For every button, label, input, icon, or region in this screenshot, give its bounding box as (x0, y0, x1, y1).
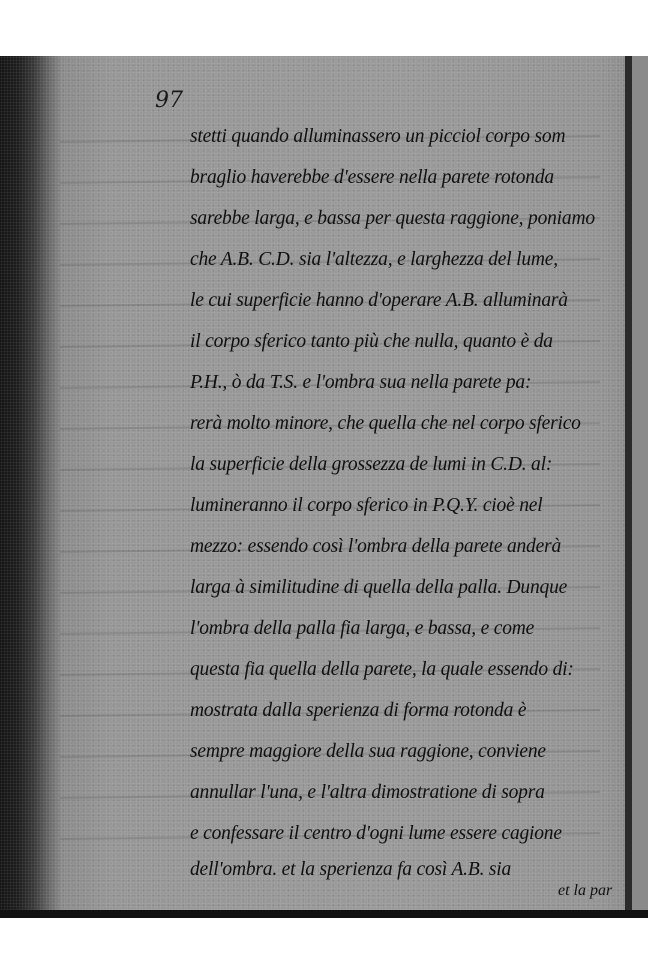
manuscript-line: sarebbe larga, e bassa per questa raggio… (190, 204, 622, 234)
manuscript-line: stetti quando alluminassero un picciol c… (190, 122, 622, 152)
manuscript-line: questa fia quella della parete, la quale… (190, 655, 622, 685)
adjacent-page-strip (632, 56, 648, 918)
manuscript-line: e confessare il centro d'ogni lume esser… (190, 819, 622, 849)
manuscript-line: la superficie della grossezza de lumi in… (190, 450, 622, 480)
manuscript-line: P.H., ò da T.S. e l'ombra sua nella pare… (190, 368, 622, 398)
folio-number: 97 (155, 88, 183, 113)
page-edge-rule (625, 56, 632, 918)
manuscript-line: che A.B. C.D. sia l'altezza, e larghezza… (190, 245, 622, 275)
manuscript-line: larga à similitudine di quella della pal… (190, 573, 622, 603)
manuscript-line: mostrata dalla sperienza di forma rotond… (190, 696, 622, 726)
manuscript-line: le cui superficie hanno d'operare A.B. a… (190, 286, 622, 316)
manuscript-line: annullar l'una, e l'altra dimostratione … (190, 778, 622, 808)
manuscript-line: il corpo sferico tanto più che nulla, qu… (190, 327, 622, 357)
manuscript-line: lumineranno il corpo sferico in P.Q.Y. c… (190, 491, 622, 521)
catchword: et la par (558, 882, 612, 900)
manuscript-line: sempre maggiore della sua raggione, conv… (190, 737, 622, 767)
manuscript-line: l'ombra della palla fia larga, e bassa, … (190, 614, 622, 644)
manuscript-line: rerà molto minore, che quella che nel co… (190, 409, 622, 439)
manuscript-line: mezzo: essendo così l'ombra della parete… (190, 532, 622, 562)
manuscript-line: dell'ombra. et la sperienza fa così A.B.… (190, 855, 622, 885)
manuscript-line: braglio haverebbe d'essere nella parete … (190, 163, 622, 193)
